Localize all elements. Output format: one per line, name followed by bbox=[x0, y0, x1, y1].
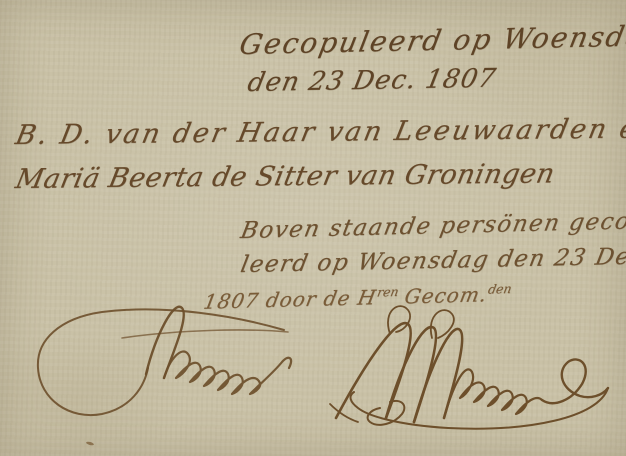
document-scan: Gecopuleerd op Woensdag den 23 Dec. 1807… bbox=[0, 0, 626, 456]
handwriting-line-5: Boven staande persönen gecopu- bbox=[239, 207, 626, 244]
handwriting-line-2: den 23 Dec. 1807 bbox=[245, 64, 499, 98]
signature-left bbox=[26, 296, 334, 436]
signature-right-strokes bbox=[330, 306, 608, 429]
handwriting-line-1: Gecopuleerd op Woensdag bbox=[237, 19, 626, 61]
signature-right bbox=[328, 298, 624, 454]
handwriting-line-6: leerd op Woensdag den 23 Dec. bbox=[239, 243, 626, 278]
signature-left-strokes bbox=[38, 307, 291, 415]
ink-speck bbox=[86, 441, 95, 446]
handwriting-line-3: B. D. van der Haar van Leeuwaarden en bbox=[13, 113, 626, 151]
line7-superscript-2: den bbox=[487, 281, 513, 297]
handwriting-line-4: Mariä Beerta de Sitter van Groningen bbox=[13, 158, 558, 195]
